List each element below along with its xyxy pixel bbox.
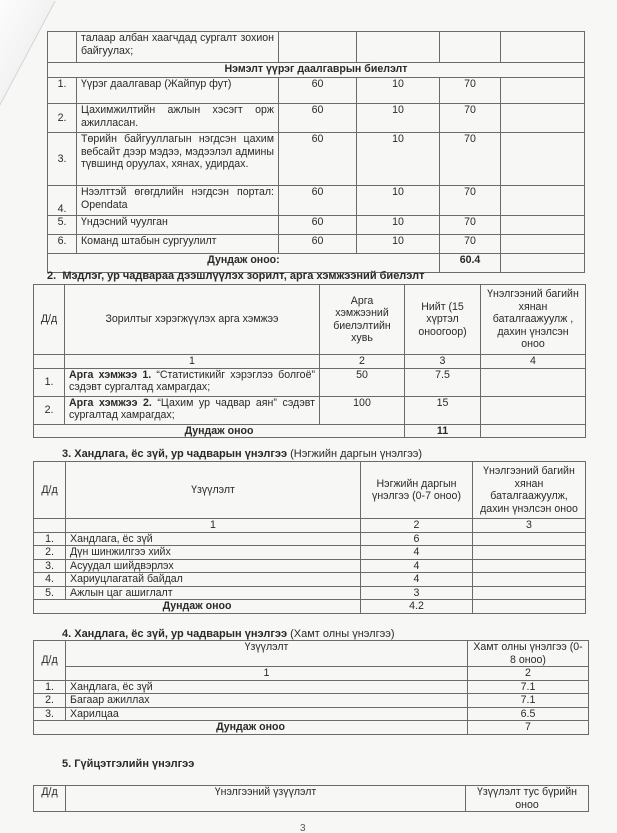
header-review: Үнэлгээний багийн хянан баталгаажуулж, д… [473, 462, 586, 519]
cell-value: 60 [279, 78, 357, 104]
table-row: 2. Дүн шинжилгээ хийх 4 [34, 546, 586, 560]
header-num: Д/д [34, 641, 66, 681]
row-text: талаар албан хаагчдад сургалт зохион бай… [77, 32, 279, 63]
table-row: 1. Арга хэмжээ 1. “Статистикийг хэрэглээ… [34, 368, 586, 396]
table-row: 2. Багаар ажиллах 7.1 [34, 694, 589, 708]
header-row: Д/д Үзүүлэлт Хамт олны үнэлгээ (0-8 оноо… [34, 641, 589, 667]
average-value: 7 [468, 721, 589, 735]
cell [473, 600, 586, 614]
cell-review [473, 573, 586, 587]
table-row: 3. Харилцаа 6.5 [34, 707, 589, 721]
cell [481, 424, 586, 438]
cell-value [501, 186, 585, 216]
row-number: 2. [34, 546, 66, 560]
header-num: Д/д [34, 786, 66, 812]
header-measure: Зорилтыг хэрэгжүүлэх арга хэмжээ [65, 285, 320, 355]
row-text: Ажлын цаг ашиглалт [66, 586, 361, 600]
row-number: 2. [48, 104, 77, 133]
additional-duties-table: талаар албан хаагчдад сургалт зохион бай… [47, 31, 585, 273]
header-num: Д/д [34, 462, 66, 519]
row-number: 2. [34, 396, 65, 424]
row-text: Үүрэг даалгавар (Жайпур фут) [77, 78, 279, 104]
cell-value: 10 [357, 186, 440, 216]
header-row: Д/д Үнэлгээний үзүүлэлт Үзүүлэлт тус бүр… [34, 786, 589, 812]
row-number: 5. [34, 586, 66, 600]
cell-value: 10 [357, 104, 440, 133]
row-number: 1. [34, 532, 66, 546]
cell-value [501, 78, 585, 104]
table-row: 2. Арга хэмжээ 2. “Цахим ур чадвар аян” … [34, 396, 586, 424]
cell-value [501, 235, 585, 254]
column-number-row: 1 2 [34, 667, 589, 681]
header-num: Д/д [34, 285, 65, 355]
average-label: Дундаж оноо [34, 424, 405, 438]
skills-improvement-table: Д/д Зорилтыг хэрэгжүүлэх арга хэмжээ Арг… [33, 284, 586, 438]
performance-evaluation-table: Д/д Үнэлгээний үзүүлэлт Үзүүлэлт тус бүр… [33, 785, 589, 812]
cell-value: 70 [440, 186, 501, 216]
section-2-title: 2. Мэдлэг, ур чадвараа дээшлүүлэх зорилт… [47, 270, 424, 282]
page-number: 3 [300, 823, 306, 833]
cell [357, 32, 440, 63]
column-number: 1 [66, 519, 361, 533]
row-text: Үндэсний чуулган [77, 216, 279, 235]
team-evaluation-table: Д/д Үзүүлэлт Хамт олны үнэлгээ (0-8 оноо… [33, 640, 589, 735]
table-row: 4. Хариуцлагатай байдал 4 [34, 573, 586, 587]
cell-value: 70 [440, 104, 501, 133]
header-score: Үзүүлэлт тус бүрийн оноо [466, 786, 589, 812]
cell [34, 355, 65, 369]
row-number: 1. [34, 368, 65, 396]
header-row: Д/д Зорилтыг хэрэгжүүлэх арга хэмжээ Арг… [34, 285, 586, 355]
section-title-text: 3. Хандлага, ёс зүй, ур чадварын үнэлгээ [62, 448, 287, 460]
cell-total: 15 [405, 396, 481, 424]
row-number: 2. [34, 694, 66, 708]
row-number: 3. [34, 559, 66, 573]
row-text: Цахимжилтийн ажлын хэсэгт орж ажилласан. [77, 104, 279, 133]
table-row: 4. Нээлттэй өгөгдлийн нэгдсэн портал: Op… [48, 186, 585, 216]
average-value: 4.2 [361, 600, 473, 614]
cell-score: 6 [361, 532, 473, 546]
row-text: Хариуцлагатай байдал [66, 573, 361, 587]
cell-score: 4 [361, 573, 473, 587]
row-number: 4. [34, 573, 66, 587]
row-text: Дүн шинжилгээ хийх [66, 546, 361, 560]
header-review: Үнэлгээний багийн хянан баталгаажуулж , … [481, 285, 586, 355]
row-number: 1. [34, 680, 66, 694]
table-row: талаар албан хаагчдад сургалт зохион бай… [48, 32, 585, 63]
row-number: 5. [48, 216, 77, 235]
cell-score: 4 [361, 546, 473, 560]
row-text: Багаар ажиллах [66, 694, 468, 708]
cell-value [501, 104, 585, 133]
row-text: Төрийн байгууллагын нэгдсэн цахим вебсай… [77, 133, 279, 186]
column-number: 2 [320, 355, 405, 369]
table-row: 5. Үндэсний чуулган 60 10 70 [48, 216, 585, 235]
cell-score: 4 [361, 559, 473, 573]
average-row: Дундаж оноо 4.2 [34, 600, 586, 614]
row-text: Хандлага, ёс зүй [66, 680, 468, 694]
row-number: 3. [34, 707, 66, 721]
section-subtitle: (Хамт олны үнэлгээ) [290, 628, 394, 640]
column-number: 1 [65, 355, 320, 369]
cell-value: 10 [357, 78, 440, 104]
cell-value [501, 216, 585, 235]
section-number: 2. [47, 270, 56, 282]
cell [501, 32, 585, 63]
measure-label: Арга хэмжээ 1. [69, 369, 151, 381]
column-number: 1 [66, 667, 468, 681]
cell-total: 7.5 [405, 368, 481, 396]
row-number [48, 32, 77, 63]
section-4-title: 4. Хандлага, ёс зүй, ур чадварын үнэлгээ… [62, 628, 394, 640]
cell-value: 70 [440, 78, 501, 104]
row-text: Арга хэмжээ 2. “Цахим ур чадвар аян” сэд… [65, 396, 320, 424]
cell-score: 6.5 [468, 707, 589, 721]
row-text: Нээлттэй өгөгдлийн нэгдсэн портал: Opend… [77, 186, 279, 216]
column-number: 2 [468, 667, 589, 681]
cell-review [481, 396, 586, 424]
measure-label: Арга хэмжээ 2. [69, 397, 152, 409]
average-row: Дундаж оноо 11 [34, 424, 586, 438]
section-5-title: 5. Гүйцэтгэлийн үнэлгээ [62, 758, 194, 770]
section-header: Нэмэлт үүрэг даалгаврын биелэлт [48, 63, 585, 78]
cell-review [473, 559, 586, 573]
row-text: Арга хэмжээ 1. “Статистикийг хэрэглээ бо… [65, 368, 320, 396]
section-title-text: 5. Гүйцэтгэлийн үнэлгээ [62, 758, 194, 770]
average-label: Дундаж оноо [34, 600, 361, 614]
cell-value: 70 [440, 235, 501, 254]
cell-review [473, 586, 586, 600]
column-number-row: 1 2 3 4 [34, 355, 586, 369]
average-label: Дундаж оноо [34, 721, 468, 735]
row-number: 3. [48, 133, 77, 186]
table-row: 1. Хандлага, ёс зүй 7.1 [34, 680, 589, 694]
cell-percent: 50 [320, 368, 405, 396]
cell-value: 70 [440, 216, 501, 235]
cell-review [481, 368, 586, 396]
cell-value: 60 [279, 104, 357, 133]
row-text: Хандлага, ёс зүй [66, 532, 361, 546]
average-row: Дундаж оноо 7 [34, 721, 589, 735]
section-title-text: 4. Хандлага, ёс зүй, ур чадварын үнэлгээ [62, 628, 287, 640]
header-team-score: Хамт олны үнэлгээ (0-8 оноо) [468, 641, 589, 667]
cell-value: 70 [440, 133, 501, 186]
header-indicator: Үзүүлэлт [66, 462, 361, 519]
header-manager-score: Нэгжийн даргын үнэлгээ (0-7 оноо) [361, 462, 473, 519]
table-row: 2. Цахимжилтийн ажлын хэсэгт орж ажиллас… [48, 104, 585, 133]
column-number: 4 [481, 355, 586, 369]
header-percent: Арга хэмжээний биелэлтийн хувь [320, 285, 405, 355]
table-row: 6. Команд штабын сургуулилт 60 10 70 [48, 235, 585, 254]
column-number: 3 [405, 355, 481, 369]
cell-value: 60 [279, 235, 357, 254]
average-value: 60.4 [440, 254, 501, 273]
cell-percent: 100 [320, 396, 405, 424]
row-number: 6. [48, 235, 77, 254]
section-title-text: Мэдлэг, ур чадвараа дээшлүүлэх зорилт, а… [62, 270, 424, 282]
header-row: Д/д Үзүүлэлт Нэгжийн даргын үнэлгээ (0-7… [34, 462, 586, 519]
cell-score: 7.1 [468, 680, 589, 694]
average-value: 11 [405, 424, 481, 438]
cell-value: 60 [279, 186, 357, 216]
cell [440, 32, 501, 63]
table-row: 3. Төрийн байгууллагын нэгдсэн цахим веб… [48, 133, 585, 186]
row-text: Харилцаа [66, 707, 468, 721]
cell-value: 60 [279, 133, 357, 186]
cell-review [473, 532, 586, 546]
table-row: 3. Асуудал шийдвэрлэх 4 [34, 559, 586, 573]
header-indicator: Үзүүлэлт [66, 641, 468, 667]
header-indicator: Үнэлгээний үзүүлэлт [66, 786, 466, 812]
row-text: Асуудал шийдвэрлэх [66, 559, 361, 573]
row-number: 1. [48, 78, 77, 104]
cell [501, 254, 585, 273]
section-3-title: 3. Хандлага, ёс зүй, ур чадварын үнэлгээ… [62, 448, 422, 460]
row-number: 4. [48, 186, 77, 216]
section-header-row: Нэмэлт үүрэг даалгаврын биелэлт [48, 63, 585, 78]
section-subtitle: (Нэгжийн даргын үнэлгээ) [290, 448, 422, 460]
row-text: Команд штабын сургуулилт [77, 235, 279, 254]
cell-score: 3 [361, 586, 473, 600]
column-number: 3 [473, 519, 586, 533]
cell [279, 32, 357, 63]
header-total: Нийт (15 хүртэл оноогоор) [405, 285, 481, 355]
column-number: 2 [361, 519, 473, 533]
table-row: 1. Хандлага, ёс зүй 6 [34, 532, 586, 546]
cell-score: 7.1 [468, 694, 589, 708]
cell-value [501, 133, 585, 186]
cell-review [473, 546, 586, 560]
cell [34, 519, 66, 533]
column-number-row: 1 2 3 [34, 519, 586, 533]
table-row: 5. Ажлын цаг ашиглалт 3 [34, 586, 586, 600]
cell-value: 60 [279, 216, 357, 235]
cell-value: 10 [357, 216, 440, 235]
cell-value: 10 [357, 133, 440, 186]
table-row: 1. Үүрэг даалгавар (Жайпур фут) 60 10 70 [48, 78, 585, 104]
manager-evaluation-table: Д/д Үзүүлэлт Нэгжийн даргын үнэлгээ (0-7… [33, 461, 586, 614]
cell-value: 10 [357, 235, 440, 254]
